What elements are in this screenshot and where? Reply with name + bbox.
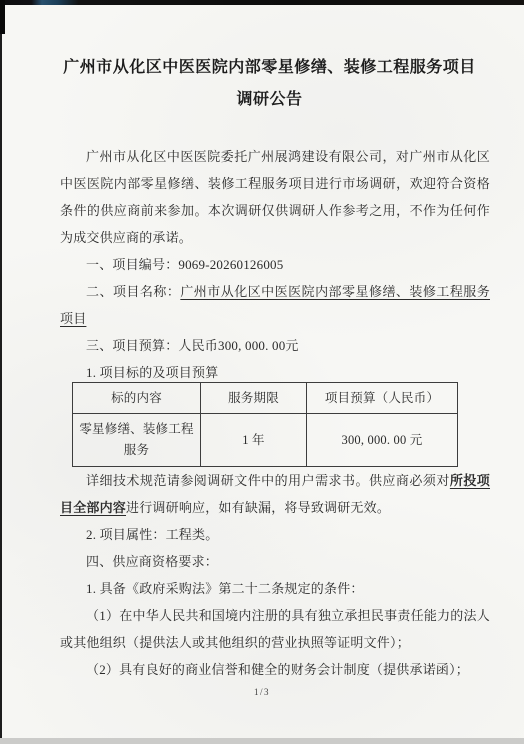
scan-edge-bottom <box>0 738 524 744</box>
project-number-value: 9069-20260126005 <box>178 257 283 272</box>
document-title: 广州市从化区中医医院内部零星修缮、装修工程服务项目调研公告 <box>49 52 490 116</box>
budget-table-data-row: 零星修缮、装修工程服务 1 年 300, 000. 00 元 <box>73 414 458 467</box>
scan-edge-left <box>0 0 2 744</box>
scanned-document-page: 广州市从化区中医医院内部零星修缮、装修工程服务项目调研公告 广州市从化区中医医院… <box>0 0 524 744</box>
project-budget-line: 三、项目预算：人民币300, 000. 00元 <box>60 332 490 359</box>
budget-table: 标的内容 服务期限 项目预算（人民币） 零星修缮、装修工程服务 1 年 300,… <box>72 382 458 467</box>
intro-paragraph: 广州市从化区中医医院委托广州展鸿建设有限公司，对广州市从化区中医医院内部零星修缮… <box>60 143 490 251</box>
document-content: 广州市从化区中医医院内部零星修缮、装修工程服务项目调研公告 广州市从化区中医医院… <box>60 0 490 683</box>
cell-subject: 零星修缮、装修工程服务 <box>73 414 201 467</box>
project-name-label: 二、项目名称： <box>86 284 180 299</box>
tech-note-pre: 详细技术规范请参阅调研文件中的用户需求书。供应商必须对 <box>86 473 450 488</box>
project-number-label: 一、项目编号： <box>86 257 178 272</box>
col-header-budget: 项目预算（人民币） <box>307 383 458 414</box>
col-header-subject: 标的内容 <box>73 383 201 414</box>
title-line-1: 广州市从化区中医医院内部零星修缮、装修工程服务项目 <box>49 52 490 84</box>
project-number-line: 一、项目编号：9069-20260126005 <box>60 251 490 278</box>
cell-budget: 300, 000. 00 元 <box>307 414 458 467</box>
scan-corner-mark <box>0 0 5 34</box>
qualification-condition-line: 1. 具备《政府采购法》第二十二条规定的条件： <box>60 575 490 602</box>
cell-term: 1 年 <box>201 414 307 467</box>
tech-note-post: 进行调研响应，如有缺漏，将导致调研无效。 <box>126 500 390 515</box>
project-budget-label: 三、项目预算： <box>86 338 178 353</box>
page-number: 1/3 <box>0 687 524 697</box>
project-budget-value: 人民币300, 000. 00元 <box>178 338 298 353</box>
project-name-line: 二、项目名称：广州市从化区中医医院内部零星修缮、装修工程服务项目 <box>60 278 490 332</box>
qualification-heading: 四、供应商资格要求： <box>60 548 490 575</box>
qualification-item-2: （2）具有良好的商业信誉和健全的财务会计制度（提供承诺函）； <box>60 656 490 683</box>
budget-table-header-row: 标的内容 服务期限 项目预算（人民币） <box>73 383 458 414</box>
col-header-term: 服务期限 <box>201 383 307 414</box>
tech-note-paragraph: 详细技术规范请参阅调研文件中的用户需求书。供应商必须对所投项目全部内容进行调研响… <box>60 467 490 521</box>
qualification-item-1: （1）在中华人民共和国境内注册的具有独立承担民事责任能力的法人或其他组织（提供法… <box>60 602 490 656</box>
project-attribute-line: 2. 项目属性：工程类。 <box>60 521 490 548</box>
title-line-2: 调研公告 <box>49 84 490 116</box>
